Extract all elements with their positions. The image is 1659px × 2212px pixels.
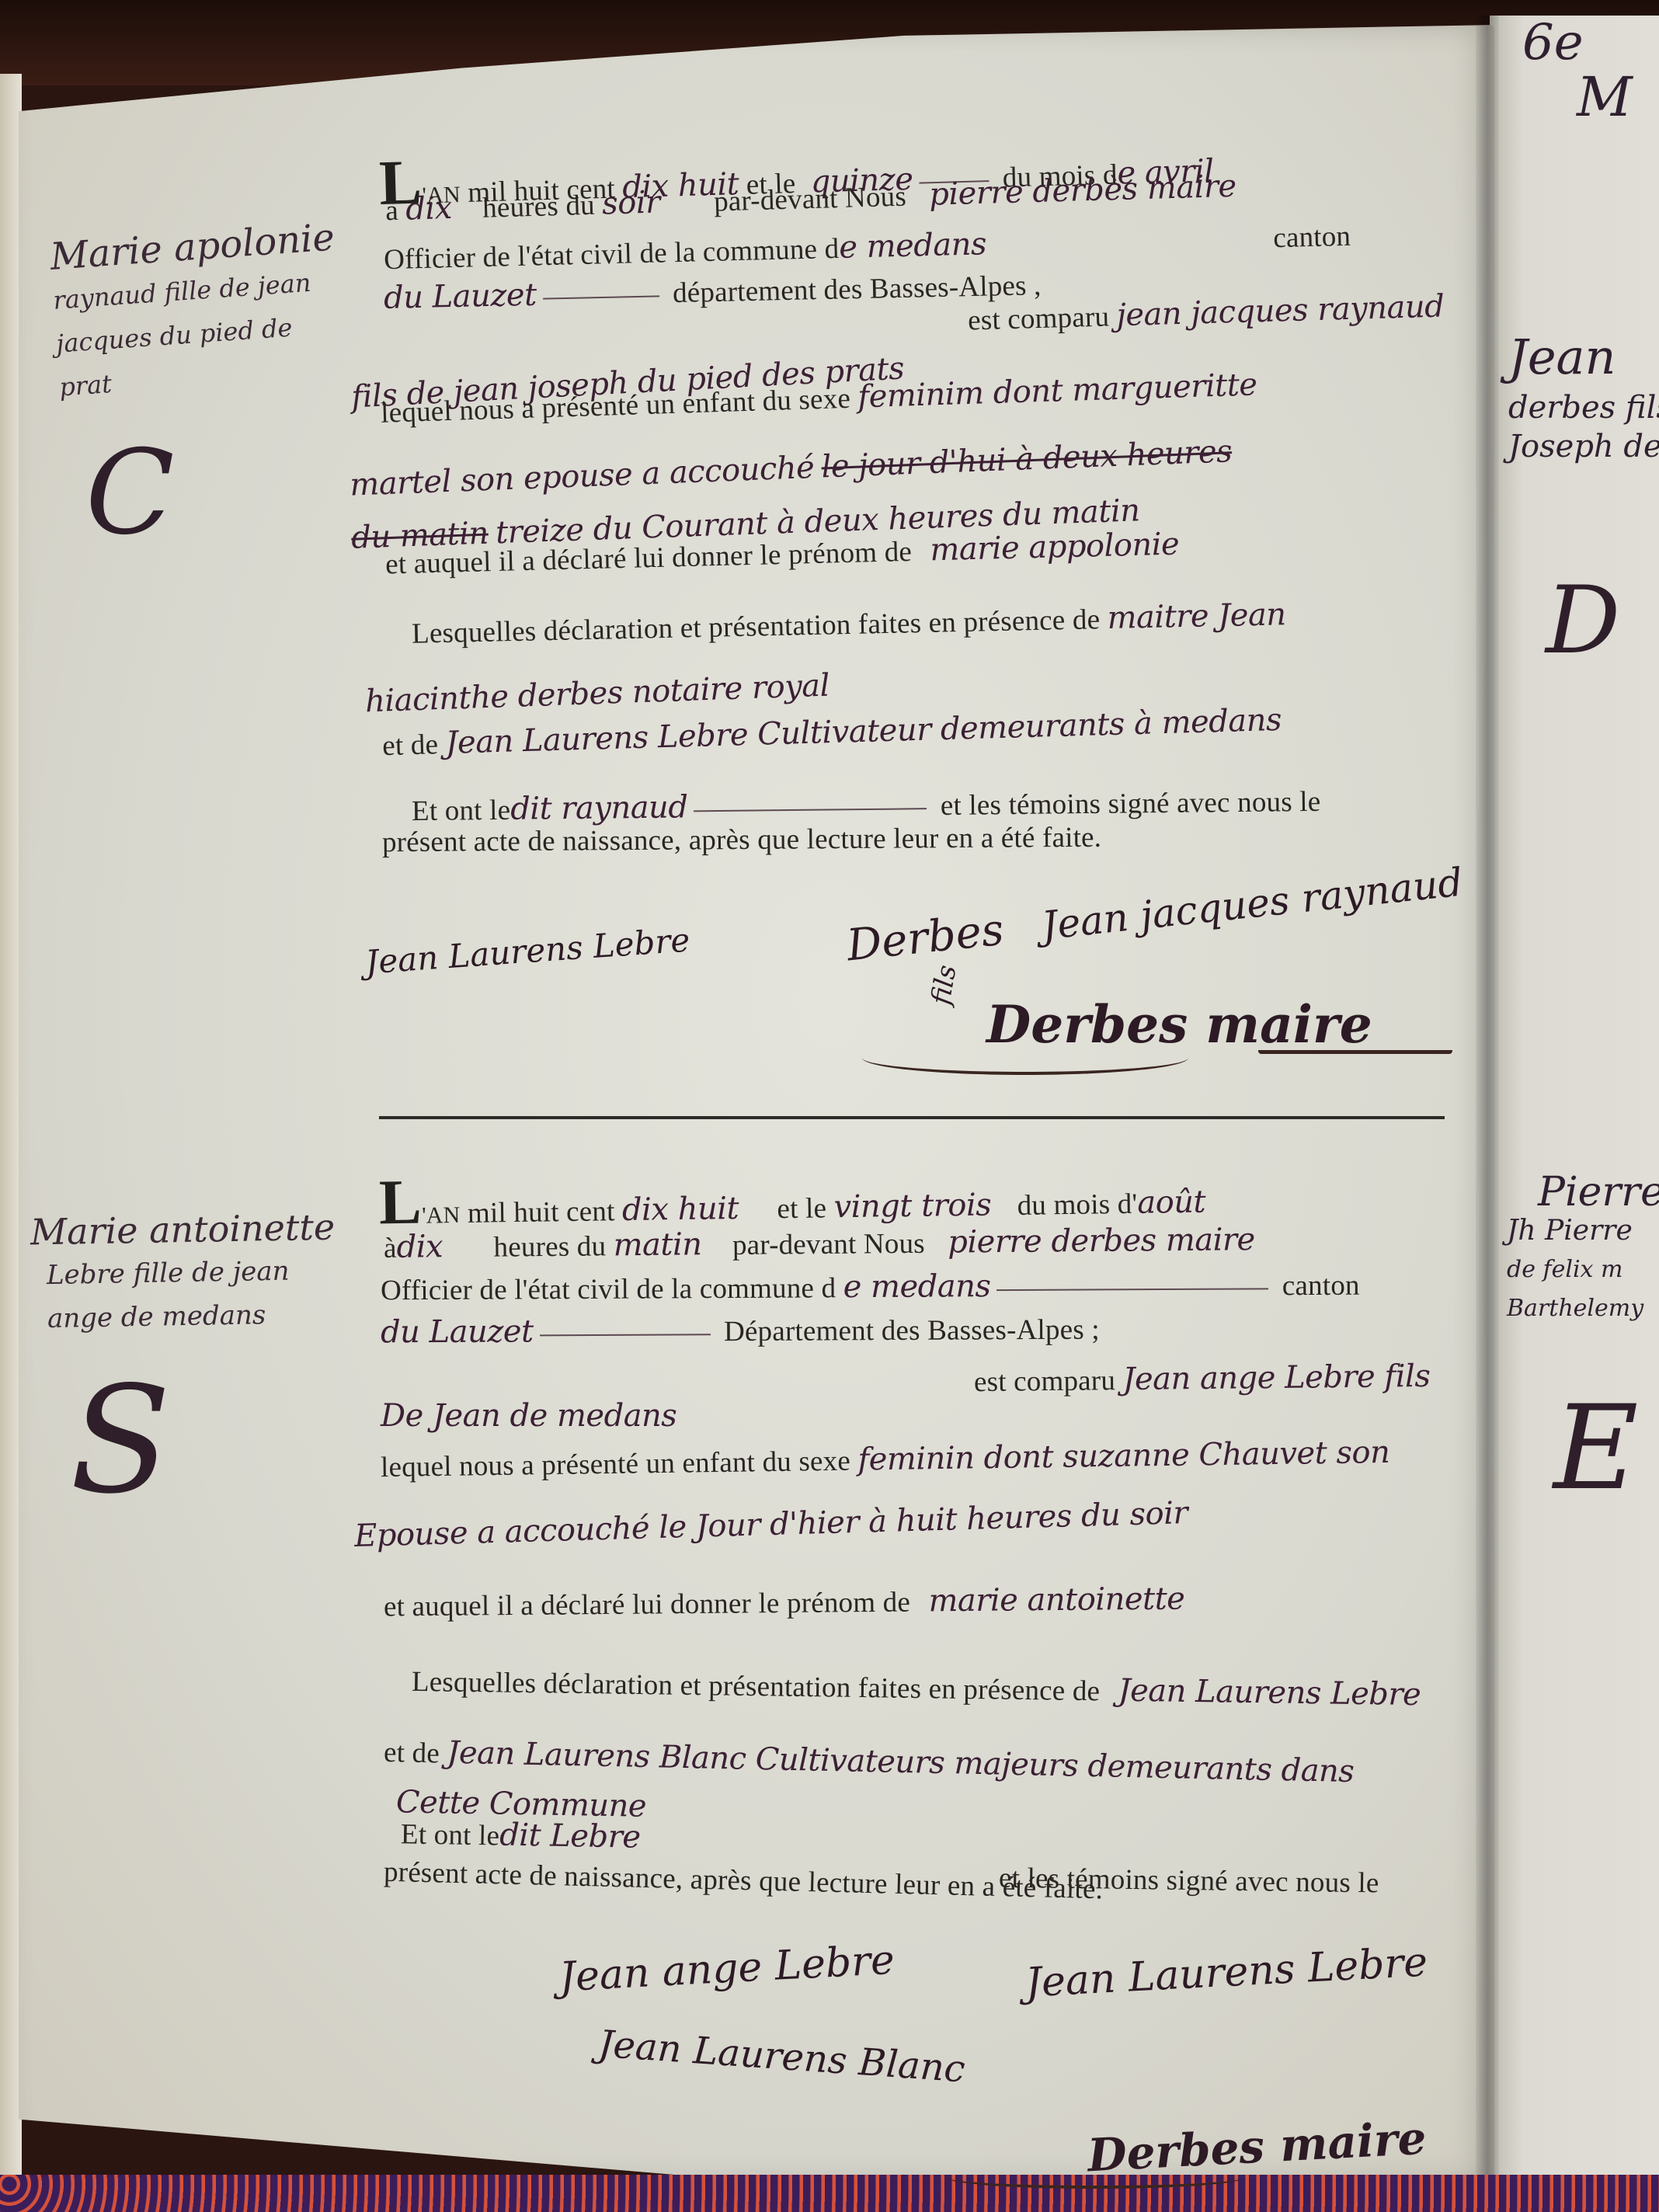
- signature-flourish: [948, 2167, 1243, 2189]
- fill-line: [540, 1334, 711, 1336]
- right-margin-note-2: Pierre Jh Pierre de felix m Barthelemy: [1507, 1173, 1659, 1328]
- margin-line: ange de medans: [32, 1292, 337, 1341]
- commune-field: e medans: [843, 1268, 991, 1305]
- canton-field: du Lauzet: [381, 1313, 534, 1350]
- paraph-mark-icon: S: [70, 1367, 171, 1515]
- book-gutter: [1476, 16, 1499, 2190]
- year-field: dix huit: [622, 1191, 739, 1228]
- act-line-6: De Jean de medans: [381, 1398, 676, 1434]
- period-field: matin: [613, 1226, 701, 1263]
- commune-field: e medans: [839, 226, 987, 266]
- canton-field: du Lauzet: [384, 277, 537, 316]
- officer-field: pierre derbes maire: [948, 1222, 1255, 1260]
- act-line-14: Et ont ledit Lebre: [401, 1815, 641, 1855]
- signature-flourish: [862, 1041, 1188, 1075]
- margin-child-name: Marie antoinette: [30, 1205, 336, 1254]
- period-field: soir: [602, 184, 661, 221]
- act-line-4: du Lauzet Département des Basses-Alpes ;: [381, 1311, 1100, 1351]
- act-line-2: àdix heures du matin par-devant Nous pie…: [384, 1222, 1255, 1265]
- act-line-15: présent acte de naissance, après que lec…: [382, 821, 1101, 859]
- page-marker: 6e: [1522, 23, 1584, 62]
- fill-line: [694, 808, 927, 812]
- hour-field: dix: [405, 190, 453, 228]
- hour-field: dix: [396, 1229, 443, 1265]
- declarant-field: Jean ange Lebre fils: [1122, 1358, 1430, 1397]
- right-margin-note-1: Jean derbes fils Joseph de: [1508, 326, 1659, 466]
- margin-annotation-1: Marie apolonie raynaud fille de jean jac…: [49, 215, 346, 409]
- act-divider-rule: [379, 1116, 1445, 1119]
- table-cloth: [0, 2175, 1659, 2212]
- child-name-field: marie antoinette: [928, 1581, 1184, 1619]
- drop-cap: L: [378, 1167, 422, 1238]
- partial-text: M: [1577, 78, 1633, 117]
- day-field: vingt trois: [833, 1187, 991, 1225]
- act-line-5: est comparu Jean ange Lebre fils: [974, 1358, 1431, 1399]
- act-line-3: Officier de l'état civil de la commune d…: [381, 1267, 1360, 1308]
- paraph-mark-icon: D: [1546, 575, 1620, 668]
- fill-line: [543, 295, 659, 299]
- paraph-mark-icon: C: [85, 435, 175, 551]
- margin-line: Lebre fille de jean: [31, 1249, 336, 1298]
- fill-line: [996, 1288, 1268, 1291]
- child-name-field: marie appolonie: [930, 527, 1180, 569]
- month-field: août: [1137, 1184, 1205, 1221]
- act-line-10: et auquel il a déclaré lui donner le pré…: [384, 1581, 1185, 1624]
- signature-underline: [1258, 1044, 1452, 1054]
- margin-annotation-2: Marie antoinette Lebre fille de jean ang…: [30, 1205, 337, 1341]
- paraph-mark-icon: E: [1553, 1390, 1639, 1507]
- book-edge-left: [0, 74, 22, 2186]
